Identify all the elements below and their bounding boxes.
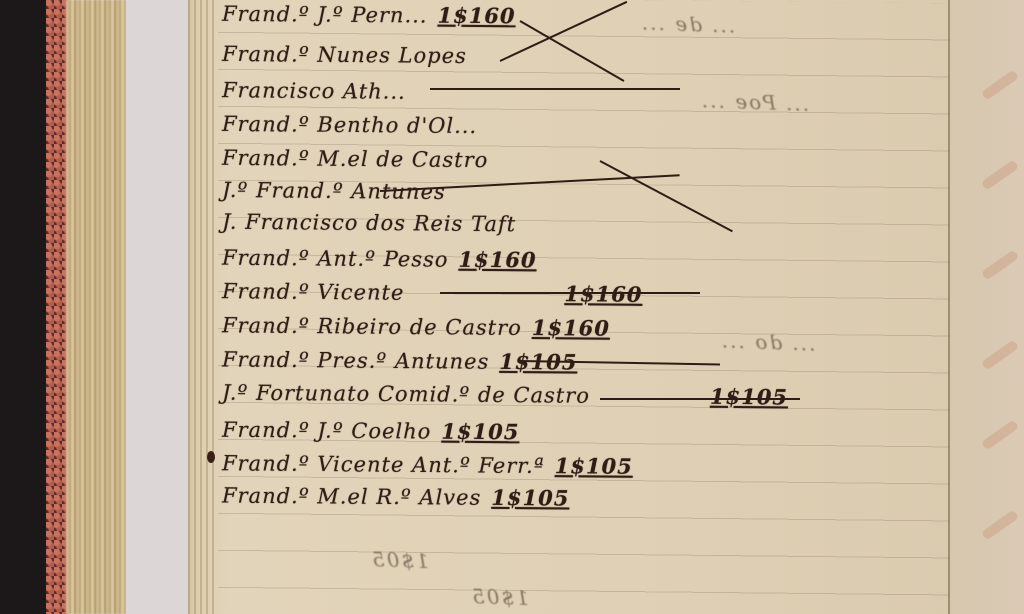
ledger-entry: Frand.º J.º Coelho1$105 <box>222 417 520 445</box>
strikethrough-mark <box>430 88 680 90</box>
ledger-entry: Frand.º Nunes Lopes <box>222 41 477 68</box>
ledger-entry: J. Francisco dos Reis Taft <box>222 209 526 237</box>
ledger-entry: Frand.º J.º Pern...1$160 <box>222 1 516 29</box>
ink-blot <box>207 451 215 463</box>
ledger-entry: Frand.º M.el de Castro <box>222 145 499 172</box>
right-margin-column <box>950 0 1024 614</box>
strikethrough-mark <box>600 398 800 400</box>
bleed-through-text: ... de ... <box>640 10 736 37</box>
ledger-entry: Frand.º Bentho d'Ol... <box>222 111 487 138</box>
marbled-page-edge <box>46 0 68 614</box>
page-gutter <box>188 0 218 614</box>
book-cover-edge <box>0 0 48 614</box>
ledger-entry: J.º Frand.º Antunes <box>222 177 456 204</box>
ledger-entry: Frand.º M.el R.º Alves1$105 <box>222 482 570 510</box>
bleed-through-text: 1$05 <box>470 584 530 610</box>
ledger-entry: J.º Fortunato Comid.º de Castro1$105 <box>222 380 788 410</box>
bleed-through-text: ... Poe ... <box>700 88 810 116</box>
background-gap <box>126 0 188 614</box>
ledger-entry: Frand.º Ant.º Pesso1$160 <box>222 245 537 273</box>
ledger-entry: Francisco Ath... <box>222 77 416 104</box>
ledger-entry: Frand.º Vicente Ant.º Ferr.ª1$105 <box>222 450 633 479</box>
strikethrough-mark <box>440 292 700 294</box>
bleed-through-text: 1$05 <box>370 547 430 573</box>
bleed-through-text: ... do ... <box>720 328 816 355</box>
page-stack-edge <box>66 0 126 614</box>
ledger-entry: Frand.º Ribeiro de Castro1$160 <box>222 312 610 340</box>
